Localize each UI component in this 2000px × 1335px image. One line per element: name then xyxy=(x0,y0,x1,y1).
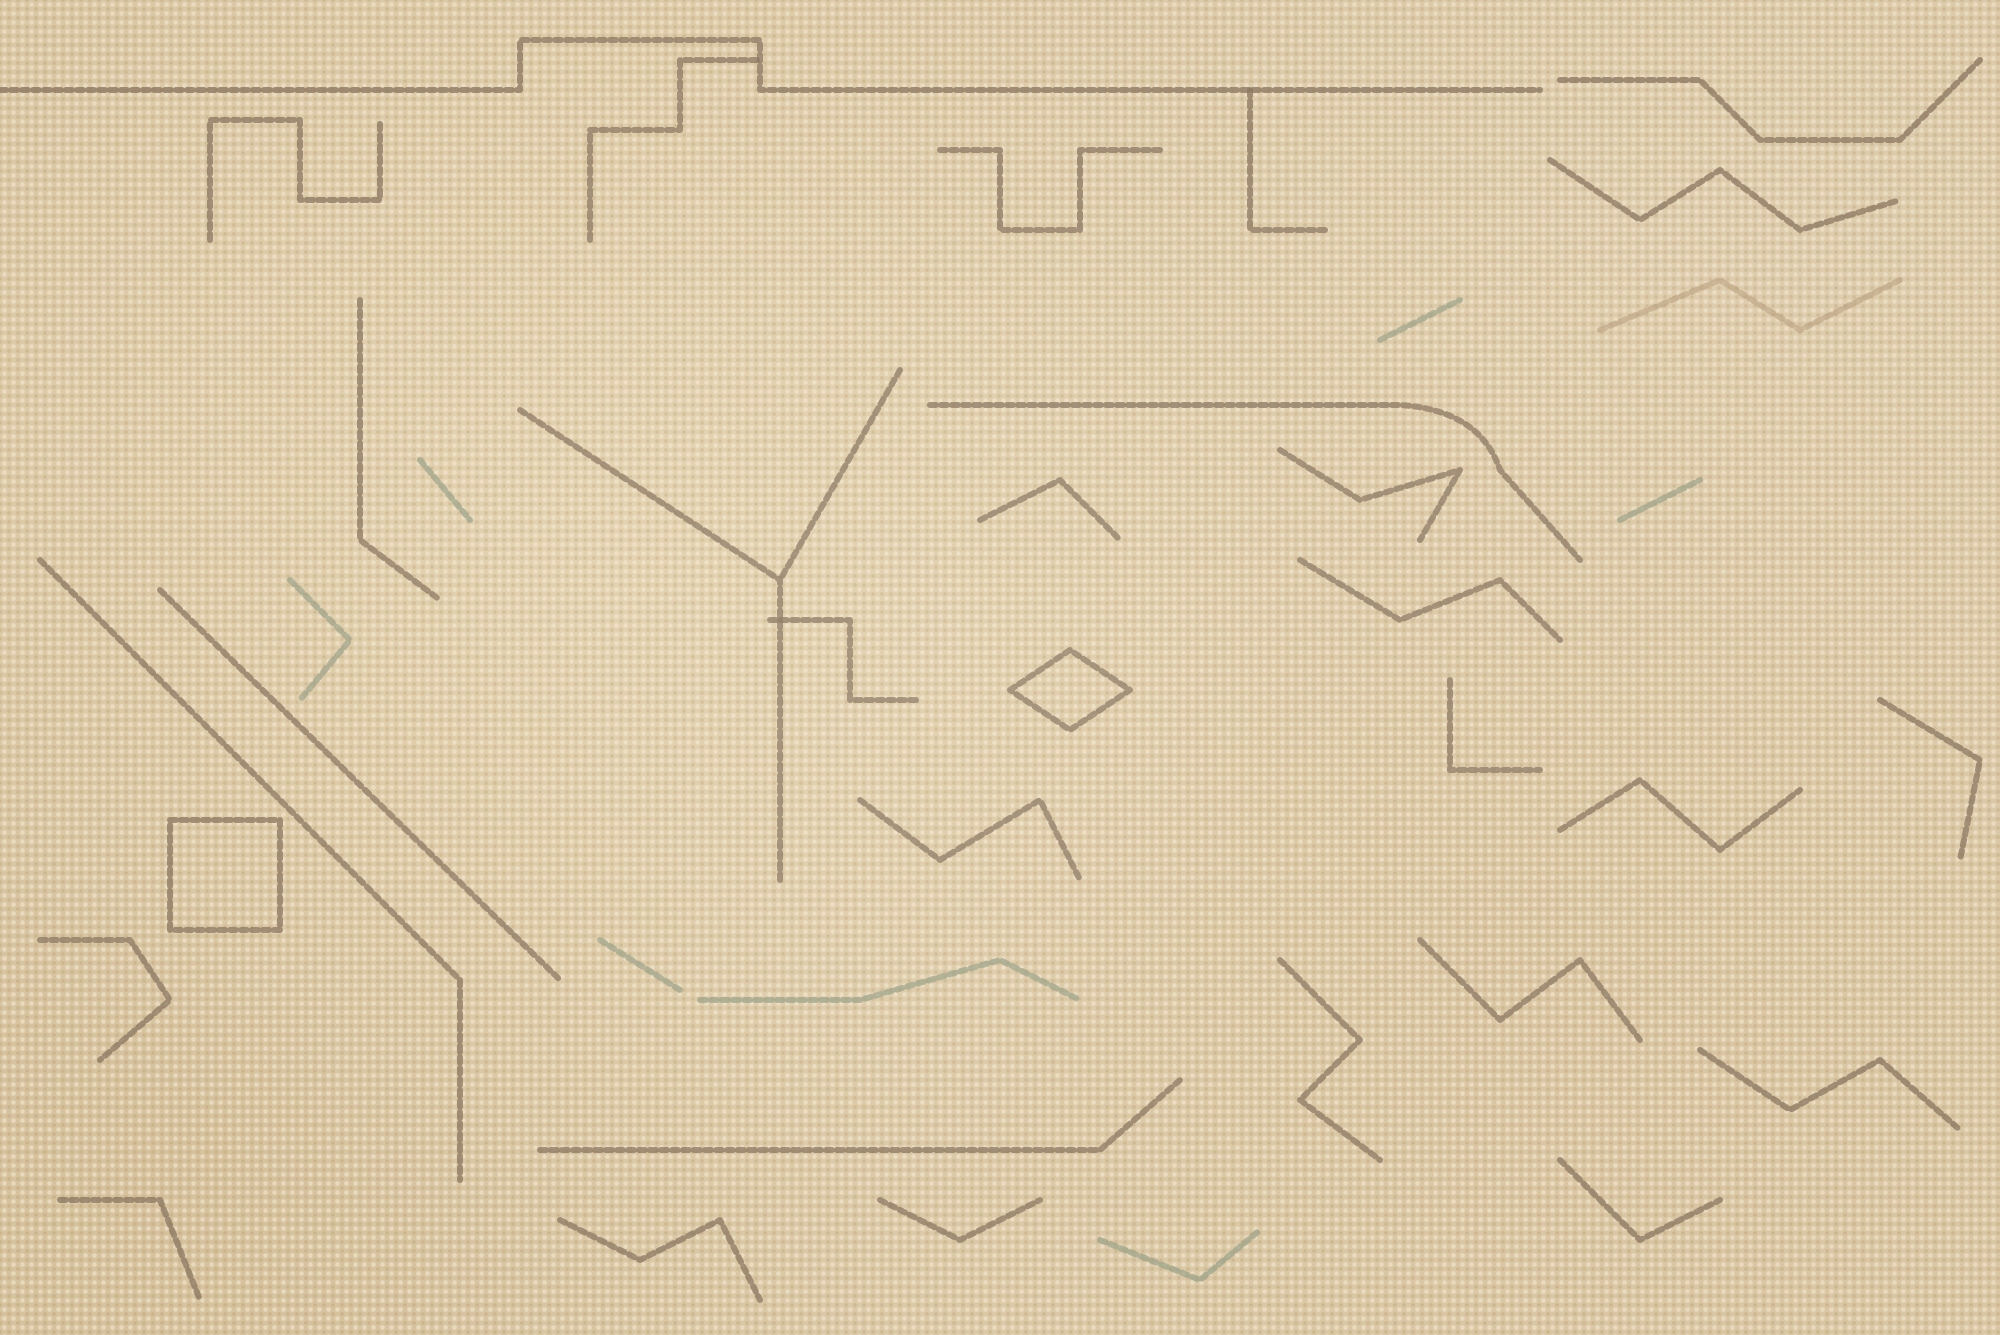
faded-wash xyxy=(0,0,2000,1335)
rug-photo xyxy=(0,0,2000,1335)
